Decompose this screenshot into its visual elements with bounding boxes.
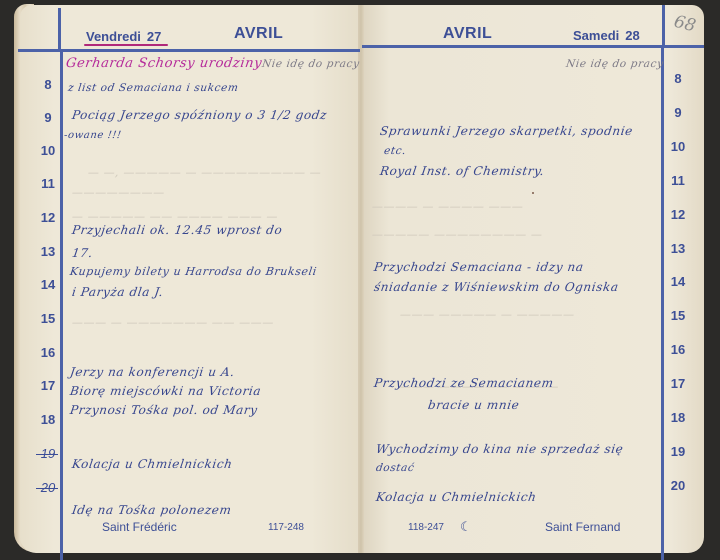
hour-label: 16	[34, 345, 62, 360]
handwritten-entry: Pociąg Jerzego spóźniony o 3 1/2 godz	[71, 108, 328, 122]
hour-label: 15	[664, 308, 692, 323]
handwritten-entry: bracie u mnie	[427, 398, 520, 412]
bleed-through-text: ————————	[71, 186, 166, 199]
bleed-through-text: ————— ———————— —	[371, 228, 543, 241]
left-day-number: 27	[147, 29, 161, 44]
hour-label: 12	[664, 207, 692, 222]
hour-label: 8	[34, 77, 62, 92]
hour-label: 10	[34, 143, 62, 158]
diary-spread: — —, ————— — ————————— — ———————— — ————…	[0, 0, 720, 560]
bleed-through-text: — —, ————— — ————————— —	[87, 166, 322, 179]
hour-label: 13	[34, 244, 62, 259]
right-month-heading: AVRIL	[443, 25, 492, 43]
hour-label: 19	[664, 444, 692, 459]
handwritten-entry: Sprawunki Jerzego skarpetki, spodnie	[379, 124, 634, 138]
handwritten-entry-pencil: Nie idę do pracy	[261, 58, 360, 70]
hour-label: 13	[664, 241, 692, 256]
handwritten-entry: Wychodzimy do kina nie sprzedaż się	[375, 442, 624, 456]
hour-label: 12	[34, 210, 62, 225]
handwritten-entry: i Paryża dla J.	[71, 285, 164, 299]
hour-label: 17	[34, 378, 62, 393]
handwritten-entry: -owane !!!	[63, 130, 122, 141]
right-day-name: Samedi	[573, 28, 619, 43]
right-saint-name: Saint Fernand	[545, 520, 620, 534]
bleed-through-text: ——— — ——————— —— ———	[71, 316, 275, 329]
bleed-through-text: ———— — ———— ———	[371, 200, 524, 213]
ink-spot	[532, 192, 534, 194]
bleed-through-text: — ————— —— ———— ——— —	[71, 210, 279, 223]
left-margin-line-top	[58, 8, 61, 52]
hour-label: 11	[664, 173, 692, 188]
left-month-heading: AVRIL	[234, 25, 283, 43]
hour-label-struck: 19	[34, 446, 62, 461]
left-header-rule	[18, 49, 360, 52]
handwritten-entry: Przynosi Tośka pol. od Mary	[69, 403, 259, 417]
hour-label: 20	[664, 478, 692, 493]
right-day-number: 28	[625, 28, 639, 43]
right-margin-line-top	[662, 5, 665, 45]
hour-label: 16	[664, 342, 692, 357]
handwritten-entry-pencil: Nie idę do pracy	[565, 58, 664, 70]
bleed-through-text: ——— ————— — —————	[399, 308, 576, 321]
handwritten-entry: 17.	[71, 246, 94, 260]
left-day-name: Vendredi	[86, 29, 141, 44]
handwritten-entry: dostać	[375, 462, 415, 474]
hour-label-struck: 20	[34, 480, 62, 495]
handwritten-entry: Przyjechali ok. 12.45 wprost do	[71, 223, 283, 237]
handwritten-entry: Kolacja u Chmielnickich	[375, 490, 537, 504]
hour-label: 8	[664, 71, 692, 86]
hour-label: 9	[664, 105, 692, 120]
right-day-heading: Samedi28	[573, 28, 640, 43]
handwritten-entry: Kupujemy bilety u Harrodsa do Brukseli	[69, 265, 318, 278]
handwritten-entry: Royal Inst. of Chemistry.	[379, 164, 545, 178]
hour-label: 18	[34, 412, 62, 427]
right-header-rule	[362, 45, 704, 48]
magenta-underline	[84, 44, 168, 46]
hour-label: 15	[34, 311, 62, 326]
hour-label: 14	[34, 277, 62, 292]
hour-label: 10	[664, 139, 692, 154]
handwritten-entry: Przychodzi ze Semacianem	[373, 376, 555, 390]
handwritten-entry: etc.	[383, 145, 407, 157]
hour-label: 18	[664, 410, 692, 425]
hour-label: 11	[34, 176, 62, 191]
hour-label: 17	[664, 376, 692, 391]
handwritten-entry-magenta: Gerharda Schorsy urodziny	[65, 56, 263, 71]
moon-phase-icon: ☾	[460, 519, 472, 535]
handwritten-entry: Przychodzi Semaciana - idzy na	[373, 260, 585, 274]
left-saint-name: Saint Frédéric	[102, 520, 177, 534]
handwritten-entry: Kolacja u Chmielnickich	[71, 457, 233, 471]
handwritten-entry: Jerzy na konferencji u A.	[69, 365, 236, 379]
left-day-count: 117-248	[268, 522, 304, 533]
handwritten-entry: śniadanie z Wiśniewskim do Ogniska	[373, 280, 620, 294]
handwritten-entry: z list od Semaciana i sukcem	[67, 82, 239, 94]
right-day-count: 118-247	[408, 522, 444, 533]
hour-label: 14	[664, 274, 692, 289]
handwritten-entry: Idę na Tośka polonezem	[71, 503, 233, 517]
handwritten-entry: Biorę miejscówki na Victoria	[69, 384, 262, 398]
hour-label: 9	[34, 110, 62, 125]
left-day-heading: Vendredi27	[86, 29, 161, 44]
book-gutter	[358, 5, 364, 553]
